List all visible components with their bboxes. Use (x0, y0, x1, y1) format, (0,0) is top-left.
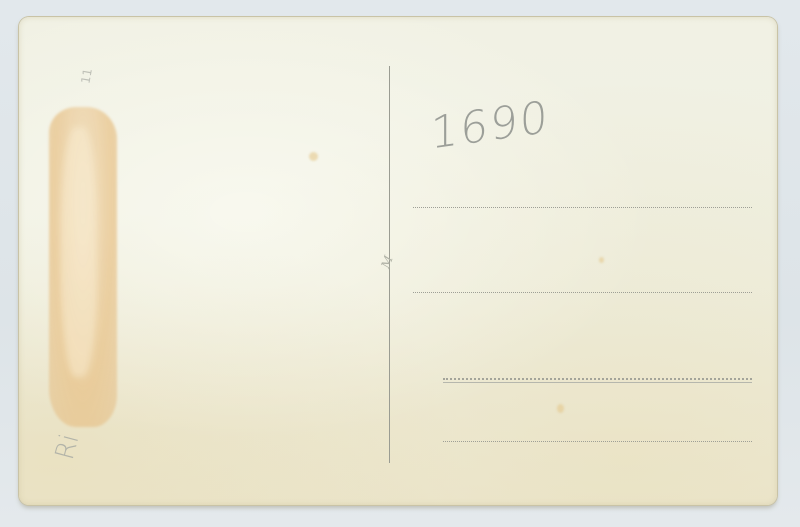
postcard: 11 Ri (19, 17, 777, 505)
foxing-spot (599, 257, 604, 263)
address-line-3-underline (443, 382, 752, 383)
adhesive-stain (49, 107, 117, 427)
foxing-spot (557, 404, 564, 413)
foxing-spot (309, 152, 318, 161)
address-line-4 (443, 441, 752, 442)
pencil-note-left: Ri (50, 431, 86, 463)
address-line-2 (413, 292, 752, 293)
address-line-3 (443, 378, 752, 380)
pencil-note-top: 11 (78, 67, 94, 84)
address-line-1 (413, 207, 752, 208)
